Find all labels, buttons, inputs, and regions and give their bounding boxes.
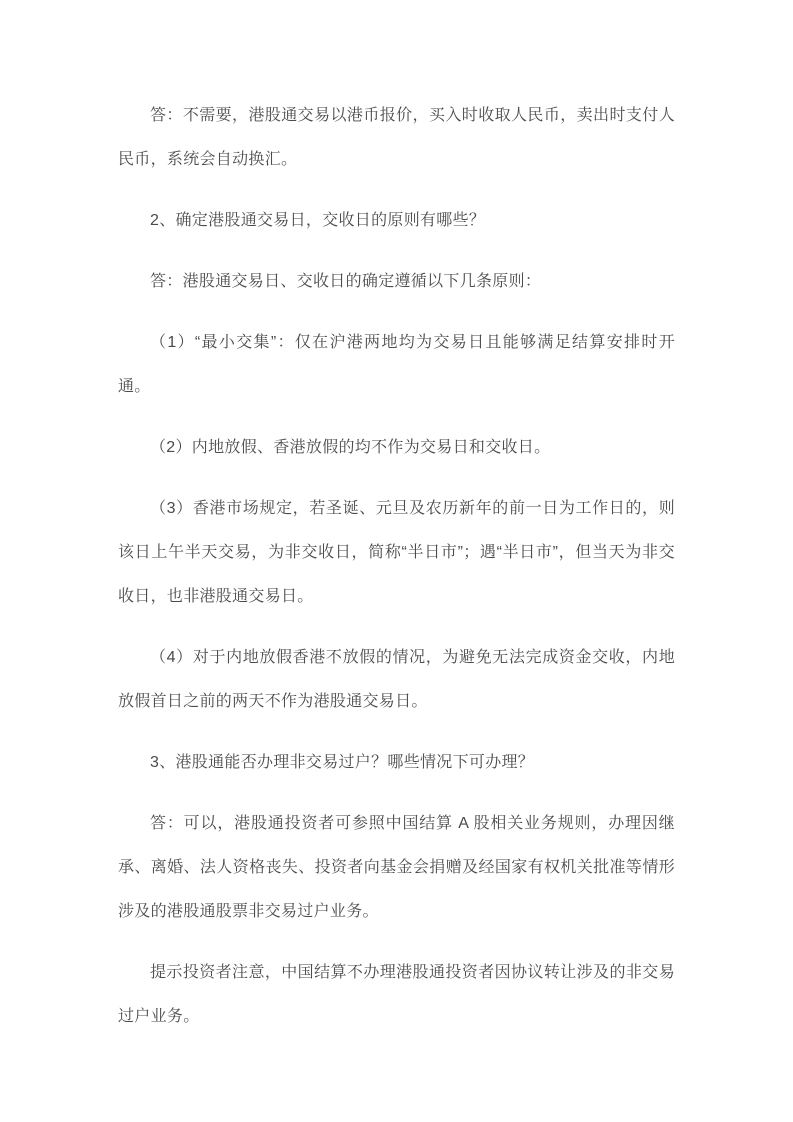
document-body: 答：不需要，港股通交易以港币报价，买入时收取人民币，卖出时支付人民币，系统会自动… [118,94,675,1039]
answer-paragraph: 答：港股通交易日、交收日的确定遵循以下几条原则： [118,260,675,304]
list-item-paragraph: （3）香港市场规定，若圣诞、元旦及农历新年的前一日为工作日的，则该日上午半天交易… [118,487,675,619]
question-paragraph: 3、港股通能否办理非交易过户？哪些情况下可办理？ [118,741,675,785]
list-item-paragraph: （1）“最小交集”：仅在沪港两地均为交易日且能够满足结算安排时开通。 [118,321,675,409]
note-paragraph: 提示投资者注意，中国结算不办理港股通投资者因协议转让涉及的非交易过户业务。 [118,951,675,1039]
list-item-paragraph: （4）对于内地放假香港不放假的情况，为避免无法完成资金交收，内地放假首日之前的两… [118,636,675,724]
question-paragraph: 2、确定港股通交易日，交收日的原则有哪些？ [118,199,675,243]
document-page: 答：不需要，港股通交易以港币报价，买入时收取人民币，卖出时支付人民币，系统会自动… [0,0,793,1122]
answer-paragraph: 答：不需要，港股通交易以港币报价，买入时收取人民币，卖出时支付人民币，系统会自动… [118,94,675,182]
list-item-paragraph: （2）内地放假、香港放假的均不作为交易日和交收日。 [118,426,675,470]
answer-paragraph: 答：可以，港股通投资者可参照中国结算 A 股相关业务规则，办理因继承、离婚、法人… [118,802,675,934]
